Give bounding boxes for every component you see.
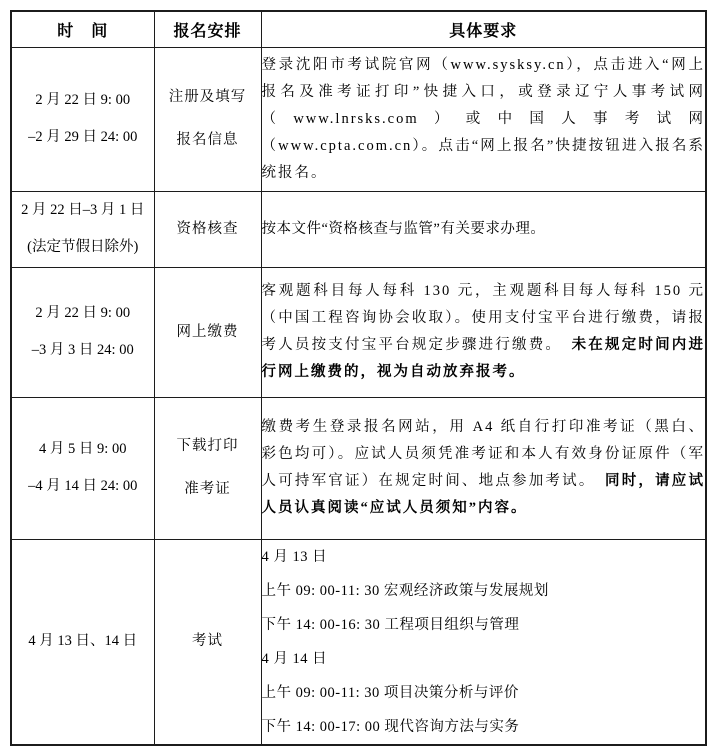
register-time-cell: 2 月 22 日 9: 00 –2 月 29 日 24: 00	[11, 47, 154, 191]
register-arrangement-cell: 注册及填写 报名信息	[154, 47, 261, 191]
table-header-row: 时 间 报名安排 具体要求	[11, 11, 706, 47]
arrangement-text: 报名信息	[155, 119, 261, 162]
arrangement-text: 网上缴费	[155, 311, 261, 354]
payment-requirement-cell: 客观题科目每人每科 130 元，主观题科目每人每科 150 元（中国工程咨询协会…	[261, 267, 706, 397]
ticket-arrangement-cell: 下载打印 准考证	[154, 397, 261, 539]
arrangement-text: 下载打印	[155, 425, 261, 468]
header-time: 时 间	[11, 11, 154, 47]
time-text: 4 月 5 日 9: 00	[12, 431, 154, 468]
ticket-time-cell: 4 月 5 日 9: 00 –4 月 14 日 24: 00	[11, 397, 154, 539]
time-text: –4 月 14 日 24: 00	[12, 468, 154, 505]
ticket-requirement-cell: 缴费考生登录报名网站，用 A4 纸自行打印准考证（黑白、彩色均可）。应试人员须凭…	[261, 397, 706, 539]
payment-time-cell: 2 月 22 日 9: 00 –3 月 3 日 24: 00	[11, 267, 154, 397]
header-requirement: 具体要求	[261, 11, 706, 47]
time-text: –2 月 29 日 24: 00	[12, 119, 154, 156]
time-text: 2 月 22 日–3 月 1 日	[12, 192, 154, 229]
qualification-time-cell: 2 月 22 日–3 月 1 日 (法定节假日除外)	[11, 191, 154, 267]
qualification-arrangement-cell: 资格核查	[154, 191, 261, 267]
time-text: 2 月 22 日 9: 00	[12, 82, 154, 119]
arrangement-text: 注册及填写	[155, 76, 261, 119]
schedule-line: 上午 09: 00-11: 30 项目决策分析与评价	[262, 676, 706, 710]
exam-time-cell: 4 月 13 日、14 日	[11, 539, 154, 745]
payment-arrangement-cell: 网上缴费	[154, 267, 261, 397]
table-row-qualification: 2 月 22 日–3 月 1 日 (法定节假日除外) 资格核查 按本文件“资格核…	[11, 191, 706, 267]
exam-registration-schedule-table: 时 间 报名安排 具体要求 2 月 22 日 9: 00 –2 月 29 日 2…	[10, 10, 707, 746]
time-text: –3 月 3 日 24: 00	[12, 332, 154, 369]
table-row-exam: 4 月 13 日、14 日 考试 4 月 13 日 上午 09: 00-11: …	[11, 539, 706, 745]
table-row-register: 2 月 22 日 9: 00 –2 月 29 日 24: 00 注册及填写 报名…	[11, 47, 706, 191]
time-text: 4 月 13 日、14 日	[12, 623, 154, 660]
time-text: (法定节假日除外)	[12, 229, 154, 266]
table-row-admission-ticket: 4 月 5 日 9: 00 –4 月 14 日 24: 00 下载打印 准考证 …	[11, 397, 706, 539]
header-arrangement: 报名安排	[154, 11, 261, 47]
requirement-text: 登录沈阳市考试院官网（www.sysksy.cn），点击进入“网上报名及准考证打…	[262, 57, 706, 181]
schedule-line: 下午 14: 00-17: 00 现代咨询方法与实务	[262, 710, 706, 744]
register-requirement-cell: 登录沈阳市考试院官网（www.sysksy.cn），点击进入“网上报名及准考证打…	[261, 47, 706, 191]
arrangement-text: 准考证	[155, 468, 261, 511]
exam-arrangement-cell: 考试	[154, 539, 261, 745]
document-page: 时 间 报名安排 具体要求 2 月 22 日 9: 00 –2 月 29 日 2…	[0, 0, 715, 756]
arrangement-text: 考试	[155, 620, 261, 663]
exam-schedule-cell: 4 月 13 日 上午 09: 00-11: 30 宏观经济政策与发展规划 下午…	[261, 539, 706, 745]
schedule-line: 4 月 13 日	[262, 540, 706, 574]
time-text: 2 月 22 日 9: 00	[12, 295, 154, 332]
schedule-line: 下午 14: 00-16: 30 工程项目组织与管理	[262, 608, 706, 642]
requirement-text: 按本文件“资格核查与监管”有关要求办理。	[262, 221, 546, 237]
schedule-line: 上午 09: 00-11: 30 宏观经济政策与发展规划	[262, 574, 706, 608]
arrangement-text: 资格核查	[155, 208, 261, 251]
schedule-line: 4 月 14 日	[262, 642, 706, 676]
table-row-payment: 2 月 22 日 9: 00 –3 月 3 日 24: 00 网上缴费 客观题科…	[11, 267, 706, 397]
qualification-requirement-cell: 按本文件“资格核查与监管”有关要求办理。	[261, 191, 706, 267]
